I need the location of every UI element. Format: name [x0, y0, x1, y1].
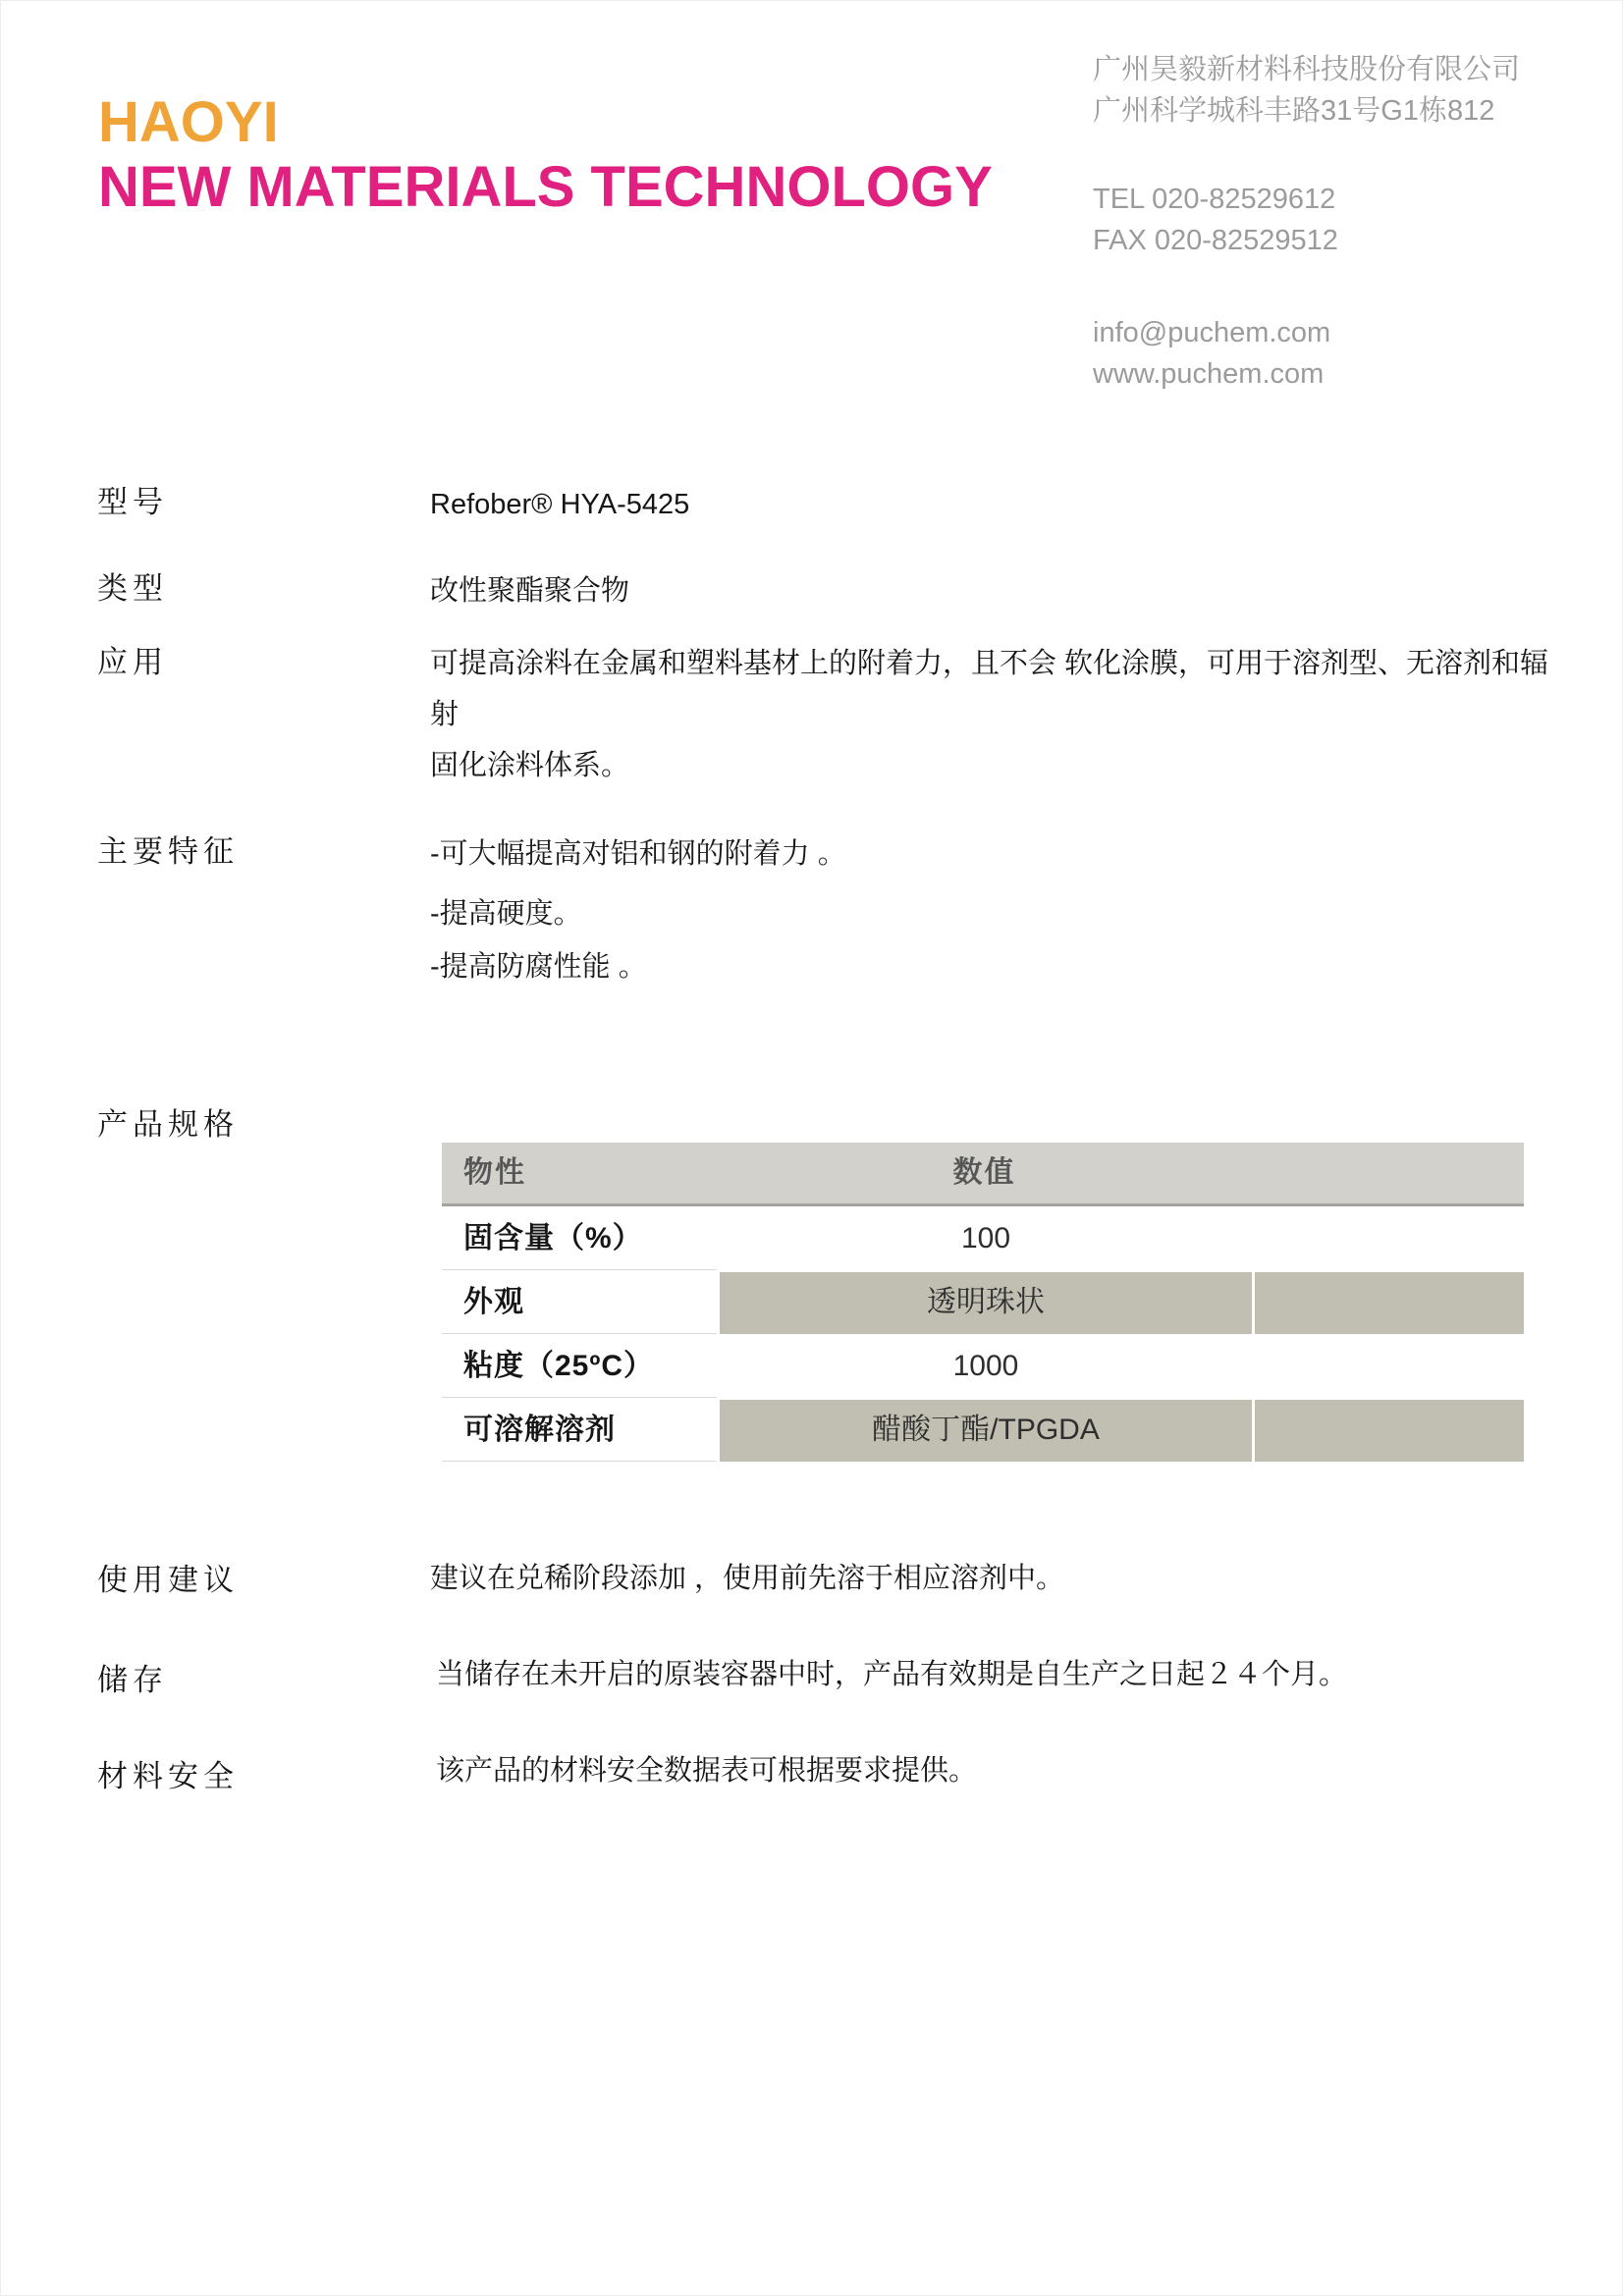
feature-item: -可大幅提高对铝和钢的附着力 。 [430, 832, 846, 876]
company-email: info@puchem.com [1093, 312, 1564, 353]
company-address: 广州科学城科丰路31号G1栋812 [1093, 90, 1564, 132]
logo-word-haoyi: HAOYI [98, 90, 993, 155]
usage-label: 使用建议 [97, 1559, 239, 1602]
spec-col-header-value: 数值 [717, 1143, 1252, 1203]
spec-empty-cell [1255, 1272, 1524, 1334]
spec-table: 物性 数值 固含量（%） 100 外观 透明珠状 粘度（25ºC） 1000 可… [442, 1143, 1524, 1462]
application-line-2: 固化涂料体系。 [430, 740, 1549, 791]
spec-col-header-property: 物性 [463, 1143, 526, 1203]
spec-table-header-row: 物性 数值 [442, 1143, 1524, 1206]
specs-label: 产品规格 [97, 1103, 239, 1147]
feature-item: -提高硬度。 [430, 892, 582, 935]
model-value: Refober® HYA-5425 [430, 483, 689, 526]
datasheet-page: { "brand": { "logo_line1": "HAOYI", "log… [0, 0, 1623, 2296]
company-tel: TEL 020-82529612 [1093, 179, 1564, 220]
feature-item: -提高防腐性能 。 [430, 945, 647, 988]
company-contact-block: 广州昊毅新材料科技股份有限公司 广州科学城科丰路31号G1栋812 TEL 02… [1093, 49, 1564, 395]
features-label: 主要特征 [97, 830, 239, 874]
table-row: 固含量（%） 100 [442, 1208, 1524, 1270]
logo-word-new-materials-technology: NEW MATERIALS TECHNOLOGY [98, 155, 993, 220]
table-row: 粘度（25ºC） 1000 [442, 1336, 1524, 1398]
application-label: 应用 [97, 641, 168, 684]
spec-empty-cell [1255, 1400, 1524, 1462]
spec-value: 透明珠状 [720, 1272, 1252, 1334]
type-label: 类型 [97, 567, 168, 611]
storage-label: 储存 [97, 1659, 168, 1702]
company-fax: FAX 020-82529512 [1093, 220, 1564, 261]
company-logo: HAOYI NEW MATERIALS TECHNOLOGY [98, 90, 993, 220]
application-text: 可提高涂料在金属和塑料基材上的附着力，且不会 软化涂膜，可用于溶剂型、无溶剂和辐… [430, 638, 1549, 791]
table-row: 可溶解溶剂 醋酸丁酯/TPGDA [442, 1400, 1524, 1462]
type-value: 改性聚酯聚合物 [430, 569, 629, 613]
spec-value: 100 [720, 1208, 1252, 1270]
model-label: 型号 [97, 481, 168, 524]
spec-empty-cell [1255, 1208, 1524, 1270]
table-row: 外观 透明珠状 [442, 1272, 1524, 1334]
usage-text: 建议在兑稀阶段添加 ，使用前先溶于相应溶剂中。 [430, 1557, 1064, 1600]
spec-property: 外观 [442, 1272, 717, 1334]
company-name: 广州昊毅新材料科技股份有限公司 [1093, 49, 1564, 90]
spec-empty-cell [1255, 1336, 1524, 1398]
safety-text: 该产品的材料安全数据表可根据要求提供。 [436, 1749, 977, 1792]
spec-property: 粘度（25ºC） [442, 1336, 717, 1398]
spec-value: 醋酸丁酯/TPGDA [720, 1400, 1252, 1462]
spec-property: 固含量（%） [442, 1208, 717, 1270]
application-line-1: 可提高涂料在金属和塑料基材上的附着力，且不会 软化涂膜，可用于溶剂型、无溶剂和辐… [430, 638, 1549, 740]
safety-label: 材料安全 [97, 1755, 239, 1798]
spec-property: 可溶解溶剂 [442, 1400, 717, 1462]
company-website: www.puchem.com [1093, 353, 1564, 395]
storage-text: 当储存在未开启的原装容器中时，产品有效期是自生产之日起２４个月。 [436, 1653, 1347, 1696]
spec-value: 1000 [720, 1336, 1252, 1398]
